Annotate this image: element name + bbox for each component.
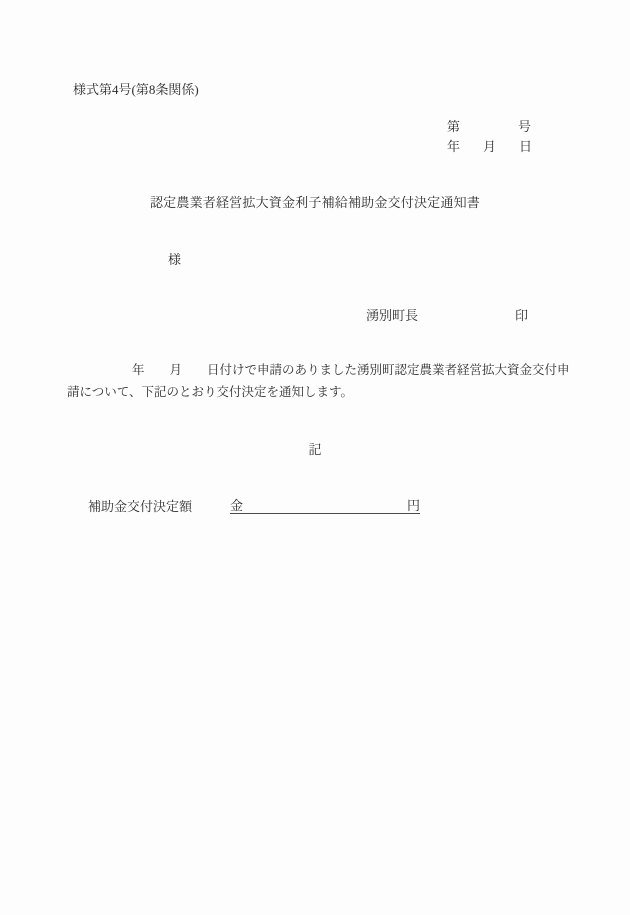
amount-field-blank: 金 円 [230,499,420,514]
date-day-label: 日 [519,140,532,153]
issuer-name: 湧別町長 [366,309,418,322]
body-text-line1: 年 月 日付けで申請のありました湧別町認定農業者経営拡大資金交付申 [132,364,570,377]
record-marker: 記 [0,443,630,456]
date-month-label: 月 [483,140,496,153]
document-title: 認定農業者経営拡大資金利子補給補助金交付決定通知書 [0,196,630,209]
body-text-line2: 請について、下記のとおり交付決定を通知します。 [67,386,353,399]
seal-placeholder: 印 [515,309,528,322]
document-page: 様式第4号(第8条関係) 第 号 年 月 日 認定農業者経営拡大資金利子補給補助… [0,0,630,915]
doc-number-suffix: 号 [518,120,531,133]
amount-suffix: 円 [407,499,420,512]
doc-number-prefix: 第 [447,120,460,133]
decision-amount-label: 補助金交付決定額 [88,500,192,513]
addressee-honorific: 様 [168,253,181,266]
amount-prefix: 金 [230,499,243,512]
date-year-label: 年 [447,140,460,153]
form-number: 様式第4号(第8条関係) [73,83,199,96]
